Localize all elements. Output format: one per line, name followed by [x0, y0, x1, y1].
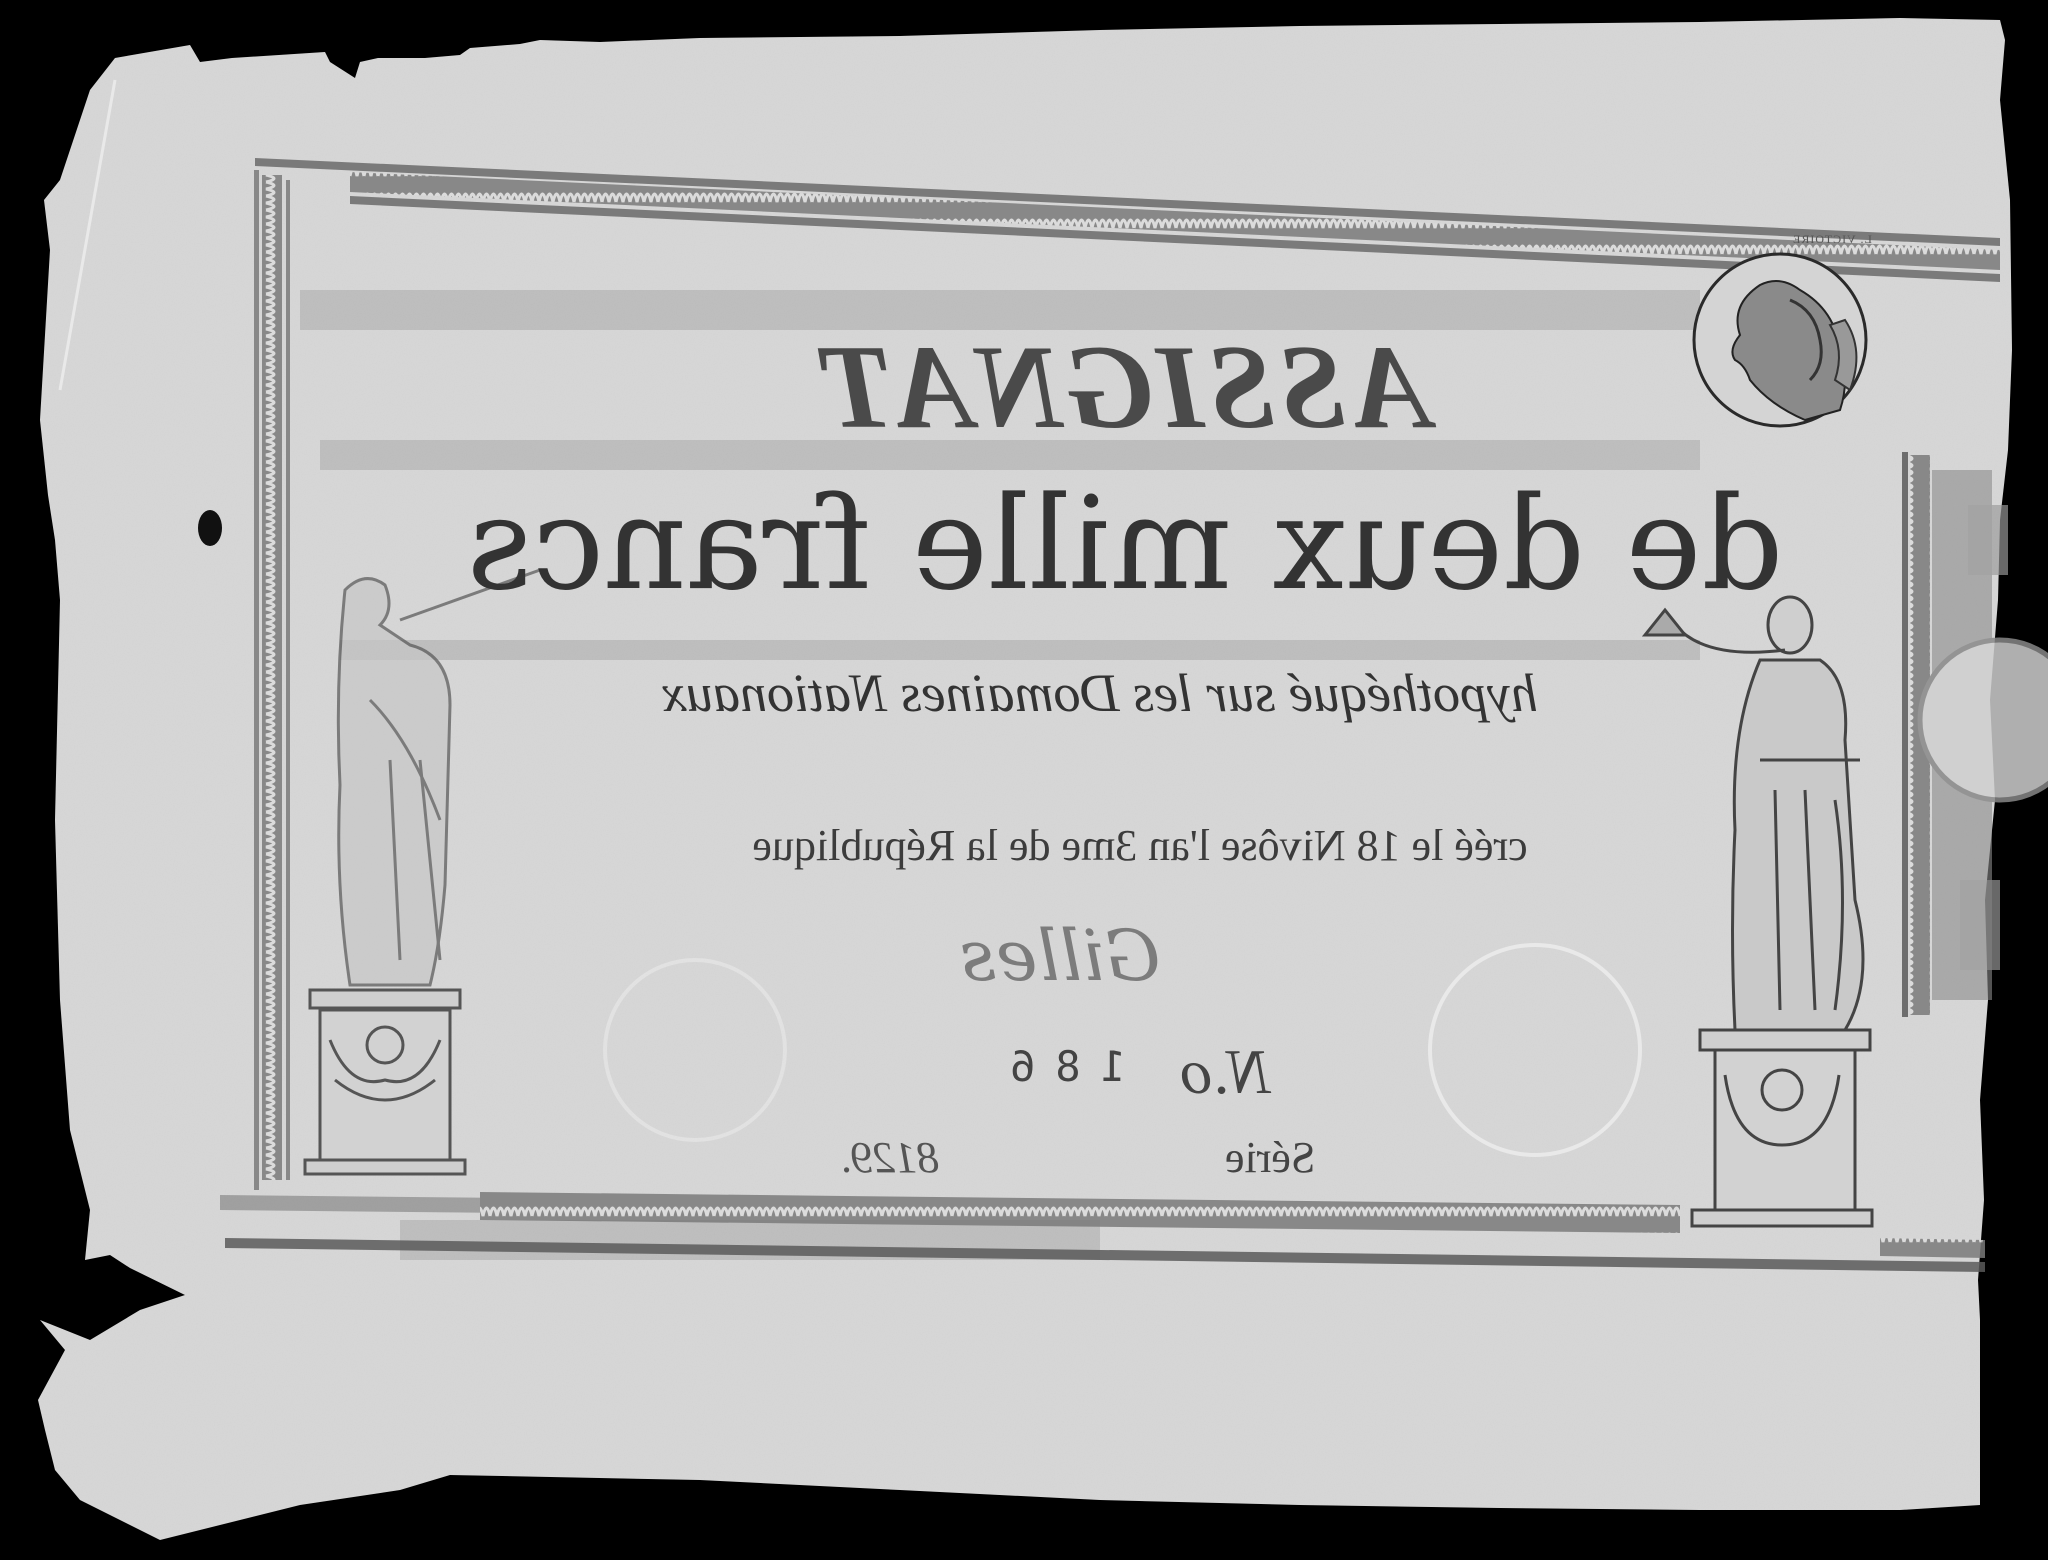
serie-label: Série — [1225, 1132, 1315, 1183]
right-pedestal-icon — [1692, 1030, 1872, 1226]
creation-date-line: créé le 18 Nivôse l'an 3me de la Républi… — [520, 820, 1760, 871]
victory-head-medallion-icon — [1694, 254, 1866, 426]
scan-canvas: L. VICTOIRE ASSIGNAT de deux mille franc… — [0, 0, 2048, 1560]
hypotheque-line: hypothéqué sur les Domaines Nationaux — [480, 662, 1720, 724]
serie-value: 8129. — [840, 1132, 939, 1183]
left-pedestal-icon — [305, 990, 465, 1174]
number-value: 186 — [990, 1042, 1126, 1091]
paper-hole — [198, 510, 222, 546]
signature: Gilles — [960, 915, 1160, 997]
number-label: N.o — [1180, 1035, 1271, 1109]
printer-mark: L. VICTOIRE — [1792, 232, 1872, 247]
banknote-paper — [0, 0, 2048, 1560]
denomination-text: de deux mille francs — [355, 470, 1895, 619]
banknote-title: ASSIGNAT — [830, 318, 1430, 456]
